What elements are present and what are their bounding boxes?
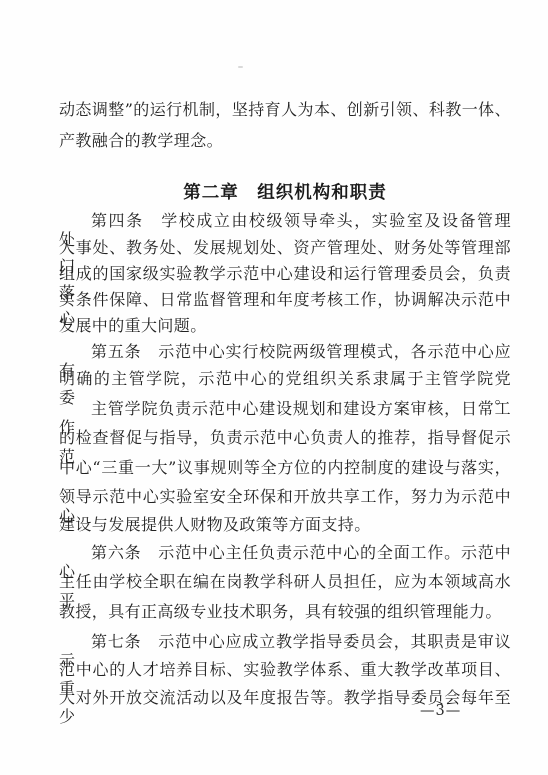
chapter-heading: 第二章 组织机构和职责	[59, 179, 511, 204]
document-page: 动态调整”的运行机制，坚持育人为本、创新引领、科教一体、 产教融合的教学理念。 …	[0, 0, 548, 775]
page-number: —3—	[420, 703, 461, 719]
body-text-line: 发展中的重大问题。	[59, 316, 511, 335]
body-text-line: 建设与发展提供人财物及政策等方面支持。	[59, 515, 511, 534]
body-text-line: 产教融合的教学理念。	[59, 131, 511, 150]
scan-artifact	[238, 66, 243, 68]
body-text-line: 教授，具有正高级专业技术职务，具有较强的组织管理能力。	[59, 602, 511, 621]
body-text-line: 动态调整”的运行机制，坚持育人为本、创新引领、科教一体、	[59, 100, 511, 119]
body-text-line: 中心“三重一大”议事规则等全方位的内控制度的建设与落实，	[59, 458, 511, 477]
